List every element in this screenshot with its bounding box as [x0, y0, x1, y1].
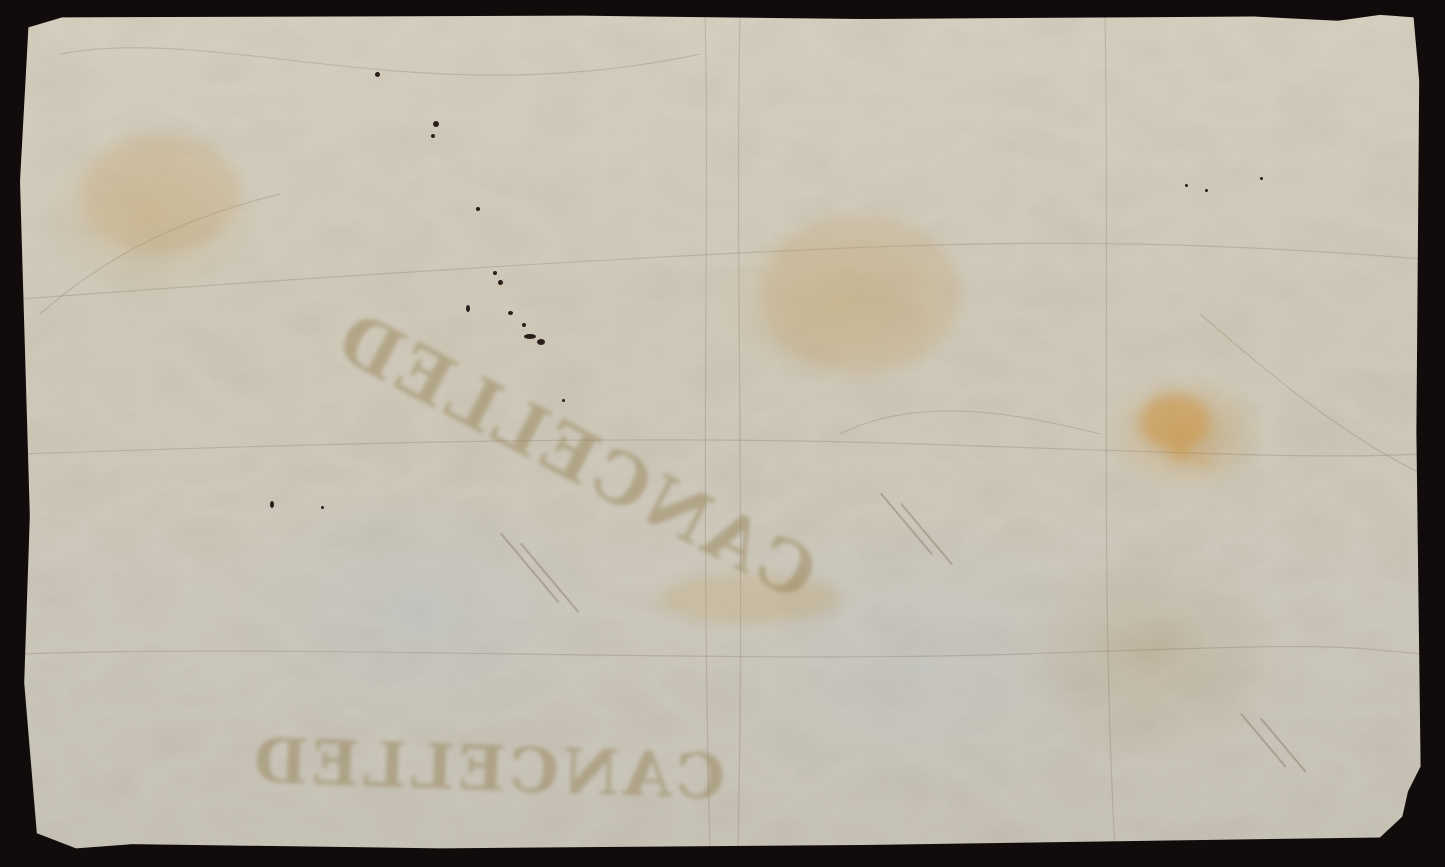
ink-speck [562, 399, 565, 402]
ink-speck [508, 311, 513, 315]
rust-stain [1140, 394, 1210, 449]
photo-scene: CANCELLED CANCELLED [0, 0, 1445, 867]
ink-speck [522, 323, 526, 327]
paper-texture [20, 14, 1422, 850]
rust-stain [1195, 454, 1209, 466]
ink-speck [375, 72, 380, 77]
ink-speck [476, 207, 480, 211]
ink-speck [493, 271, 497, 275]
ink-speck [498, 280, 503, 285]
ink-speck [466, 305, 470, 312]
rust-stain [1170, 444, 1192, 462]
banknote-reverse: CANCELLED CANCELLED [20, 14, 1422, 850]
ink-speck [433, 121, 439, 127]
ink-speck [1205, 189, 1208, 192]
ink-speck [537, 339, 545, 345]
ink-speck [321, 506, 324, 509]
ink-speck [524, 334, 536, 339]
ink-speck [270, 501, 274, 508]
ink-speck [1260, 177, 1263, 180]
faint-stain [80, 134, 240, 254]
ink-speck [431, 134, 435, 138]
faint-stain [760, 214, 960, 374]
ink-speck [1185, 184, 1188, 187]
